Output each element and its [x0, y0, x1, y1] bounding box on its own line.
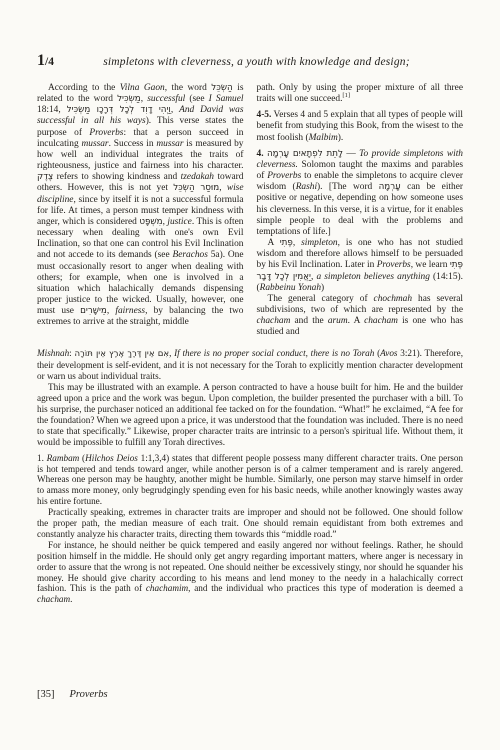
paragraph: 1. Rambam (Hilchos Deios 1:1,3,4) states… — [37, 453, 463, 508]
text-segment: Proverbs — [377, 260, 411, 270]
text-segment: Rashi — [296, 182, 317, 192]
text-segment: Proverbs — [267, 171, 301, 181]
text-segment: 18:14, — [37, 105, 67, 115]
hebrew-text: לָתֵת לִפְתָאיִם עָרְמָה — [267, 149, 343, 159]
hebrew-text: עָרְמָה — [379, 182, 401, 192]
text-segment: mussar — [156, 139, 183, 149]
hebrew-text: הַשְׂכֵּל — [211, 83, 232, 93]
text-segment: (see — [185, 94, 208, 104]
text-segment: path. Only by using the proper mixture o… — [257, 83, 464, 104]
text-segment: ). [The word — [317, 182, 379, 192]
verse-number: /4 — [45, 56, 54, 68]
running-head-verse-text: simpletons with cleverness, a youth with… — [54, 56, 463, 68]
text-segment: chochmah — [374, 294, 413, 304]
text-segment: justice — [167, 217, 191, 227]
text-segment: I Samuel — [209, 94, 244, 104]
hebrew-text: מוּסַר הַשְׂכֵּל — [173, 183, 219, 193]
text-segment: Hilchos Deios — [85, 453, 138, 463]
paragraph: For instance, he should neither be quick… — [37, 540, 463, 605]
hebrew-text: מַשְׂכִּיל — [117, 94, 141, 104]
text-segment: tzedakah — [181, 172, 214, 182]
hebrew-text: אִם אֵין דֶּרֶךְ אֶרֶץ אֵין תּוֹרָה — [74, 349, 169, 359]
text-segment: . A — [348, 316, 364, 326]
text-segment: 4. — [257, 149, 264, 159]
text-segment: ). — [338, 133, 343, 143]
text-segment: ) — [321, 283, 324, 293]
text-segment: and the — [290, 316, 328, 326]
paragraph: path. Only by using the proper mixture o… — [257, 83, 464, 105]
text-segment: Avos — [380, 348, 397, 358]
text-segment: Proverbs — [89, 128, 123, 138]
hebrew-text: מֵישָׁרִים — [80, 306, 107, 316]
text-segment: 1. — [37, 453, 47, 463]
text-segment: A — [268, 238, 280, 248]
chapter-number: 1 — [37, 52, 45, 69]
text-segment: , we learn — [411, 260, 450, 270]
text-segment: a simpleton believes anything — [316, 272, 430, 282]
paragraph: This may be illustrated with an example.… — [37, 382, 463, 447]
text-segment: — — [343, 149, 359, 159]
text-segment: , the word — [165, 83, 212, 93]
text-segment: This may be illustrated with an example.… — [37, 382, 463, 447]
commentary-columns: According to the Vilna Gaon, the word הַ… — [37, 83, 463, 338]
text-segment: [1] — [342, 92, 350, 99]
hebrew-text: וַיְהִי דָוִד לְכָל דְּרָכָו מַשְׂכִּיל — [67, 105, 171, 115]
text-segment: 4-5. — [257, 110, 272, 120]
paragraph: 4. לָתֵת לִפְתָאיִם עָרְמָה — To provide… — [257, 149, 464, 238]
footnotes-section: Mishnah: אִם אֵין דֶּרֶךְ אֶרֶץ אֵין תּו… — [37, 348, 463, 605]
paragraph: 4-5. Verses 4 and 5 explain that all typ… — [257, 110, 464, 143]
left-column: According to the Vilna Gaon, the word הַ… — [37, 83, 244, 338]
text-segment: fairness — [115, 306, 145, 316]
text-segment: refers to showing kindness and — [53, 172, 181, 182]
text-segment: successful — [147, 94, 185, 104]
text-segment: chachamim — [146, 583, 188, 593]
paragraph: Mishnah: אִם אֵין דֶּרֶךְ אֶרֶץ אֵין תּו… — [37, 348, 463, 382]
text-segment: chacham — [37, 594, 70, 604]
hebrew-text: פֶּתִי — [280, 238, 293, 248]
text-segment: If there is no proper social conduct, th… — [174, 348, 374, 358]
paragraph: Practically speaking, extremes in charac… — [37, 507, 463, 540]
page-header: 1/4 simpletons with cleverness, a youth … — [37, 52, 463, 70]
paragraph: The general category of chochmah has sev… — [257, 294, 464, 339]
book-title: Proverbs — [70, 689, 108, 700]
text-segment: . — [70, 594, 72, 604]
hebrew-text: מִשְׁפָּט — [139, 217, 162, 227]
text-segment: Rambam — [47, 453, 80, 463]
paragraph: According to the Vilna Gaon, the word הַ… — [37, 83, 244, 328]
text-segment: Berachos — [172, 250, 207, 260]
text-segment: , — [219, 183, 227, 193]
text-segment: Mishnah — [37, 348, 69, 358]
right-column: path. Only by using the proper mixture o… — [257, 83, 464, 338]
text-segment: chacham — [364, 316, 398, 326]
text-segment: Vilna Gaon — [120, 83, 165, 93]
chapter-verse-ref: 1/4 — [37, 52, 54, 70]
text-segment: , — [293, 238, 301, 248]
text-segment: . Success in — [109, 139, 157, 149]
page-number: [35] — [37, 689, 55, 700]
text-segment: simpleton — [301, 238, 337, 248]
text-segment: Verses 4 and 5 explain that all types of… — [257, 110, 464, 142]
text-segment: , and the individual who practices this … — [188, 583, 463, 593]
page-footer: [35]Proverbs — [37, 689, 108, 700]
text-segment: According to the — [48, 83, 120, 93]
text-segment: arum — [328, 316, 348, 326]
text-segment: , — [171, 105, 179, 115]
text-segment: Malbim — [309, 133, 338, 143]
text-segment: The general category of — [268, 294, 374, 304]
text-segment: mussar — [81, 139, 108, 149]
text-segment: Practically speaking, extremes in charac… — [37, 507, 463, 539]
text-segment: chacham — [257, 316, 291, 326]
hebrew-text: צֶדֶק — [37, 172, 53, 182]
text-segment: Rabbeinu Yonah — [260, 283, 321, 293]
book-page: 1/4 simpletons with cleverness, a youth … — [0, 0, 500, 750]
paragraph: A פֶּתִי, simpleton, is one who has not … — [257, 238, 464, 294]
